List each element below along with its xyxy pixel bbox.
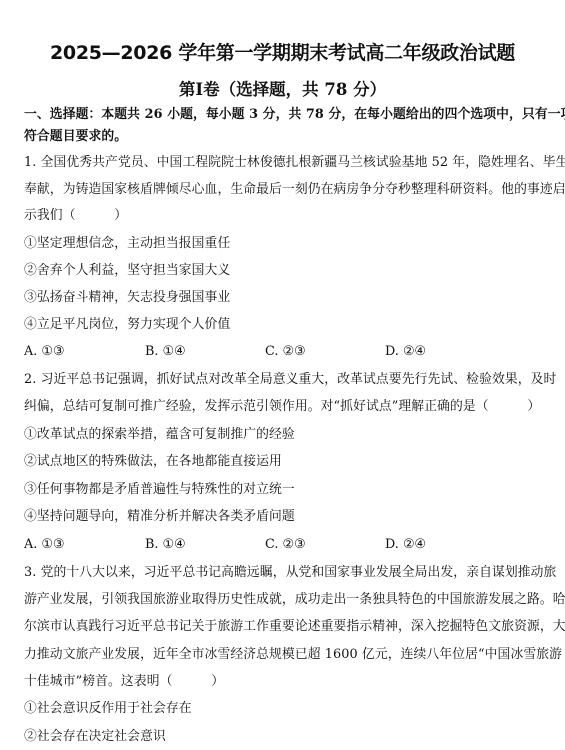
question-1-stem-line-1: 1. 全国优秀共产党员、中国工程院院士林俊德扎根新疆马兰核试验基地 52 年，隐… <box>24 154 544 172</box>
question-2-statement-1: ①改革试点的探索举措，蕴含可复制推广的经验 <box>24 426 544 444</box>
question-2-statement-3: ③任何事物都是矛盾普遍性与特殊性的对立统一 <box>24 481 544 499</box>
exam-title: 2025—2026 学年第一学期期末考试高二年级政治试题 <box>0 40 565 66</box>
answer-choice-b: B. ①④ <box>145 536 185 554</box>
answer-choice-a: A. ①③ <box>24 343 64 361</box>
answer-choice-d: D. ②④ <box>385 536 426 554</box>
answer-choice-a: A. ①③ <box>24 536 64 554</box>
exam-page: 2025—2026 学年第一学期期末考试高二年级政治试题 第Ⅰ卷（选择题，共 7… <box>0 0 565 750</box>
section-instructions-line-2: 符合题目要求的。 <box>24 128 544 146</box>
question-2-stem-line-2: 纠偏，总结可复制可推广经验，发挥示范引领作用。对“抓好试点”理解正确的是（ ） <box>24 398 544 416</box>
question-2-stem-line-1: 2. 习近平总书记强调，抓好试点对改革全局意义重大，改革试点要先行先试、检验效果… <box>24 371 544 389</box>
question-3-stem-line-4: 力推动文旅产业发展，近年全市冰雪经济总规模已超 1600 亿元，连续八年位居“中… <box>24 646 544 664</box>
question-3-stem-line-5: 十佳城市”榜首。这表明（ ） <box>24 673 544 691</box>
question-1-answer-choices: A. ①③ B. ①④ C. ②③ D. ②④ <box>24 343 544 361</box>
question-3-stem-line-2: 游产业发展，引领我国旅游业取得历史性成就，成功走出一条独具特色的中国旅游发展之路… <box>24 591 544 609</box>
question-2-statement-4: ④坚持问题导向，精准分析并解决各类矛盾问题 <box>24 508 544 526</box>
question-1-stem-line-2: 奉献，为铸造国家核盾牌倾尽心血，生命最后一刻仍在病房争分夺秒整理科研资料。他的事… <box>24 181 544 199</box>
question-2-statement-2: ②试点地区的特殊做法，在各地都能直接运用 <box>24 453 544 471</box>
question-3-statement-1: ①社会意识反作用于社会存在 <box>24 700 544 718</box>
question-1-statement-1: ①坚定理想信念，主动担当报国重任 <box>24 235 544 253</box>
section-instructions-line-1: 一、选择题：本题共 26 小题，每小题 3 分，共 78 分，在每小题给出的四个… <box>24 106 544 124</box>
question-1-statement-2: ②舍弃个人利益，坚守担当家国大义 <box>24 262 544 280</box>
question-3-stem-line-3: 尔滨市认真践行习近平总书记关于旅游工作重要论述重要指示精神，深入挖掘特色文旅资源… <box>24 618 544 636</box>
question-3-stem-line-1: 3. 党的十八大以来，习近平总书记高瞻远瞩，从党和国家事业发展全局出发，亲自谋划… <box>24 564 544 582</box>
part-one-heading: 第Ⅰ卷（选择题，共 78 分） <box>0 78 565 102</box>
answer-choice-c: C. ②③ <box>265 343 305 361</box>
answer-choice-c: C. ②③ <box>265 536 305 554</box>
question-1-stem-line-3: 示我们（ ） <box>24 207 544 225</box>
answer-choice-d: D. ②④ <box>385 343 426 361</box>
question-1-statement-3: ③弘扬奋斗精神，矢志投身强国事业 <box>24 289 544 307</box>
question-1-statement-4: ④立足平凡岗位，努力实现个人价值 <box>24 316 544 334</box>
question-3-statement-2: ②社会存在决定社会意识 <box>24 728 544 746</box>
question-2-answer-choices: A. ①③ B. ①④ C. ②③ D. ②④ <box>24 536 544 554</box>
answer-choice-b: B. ①④ <box>145 343 185 361</box>
